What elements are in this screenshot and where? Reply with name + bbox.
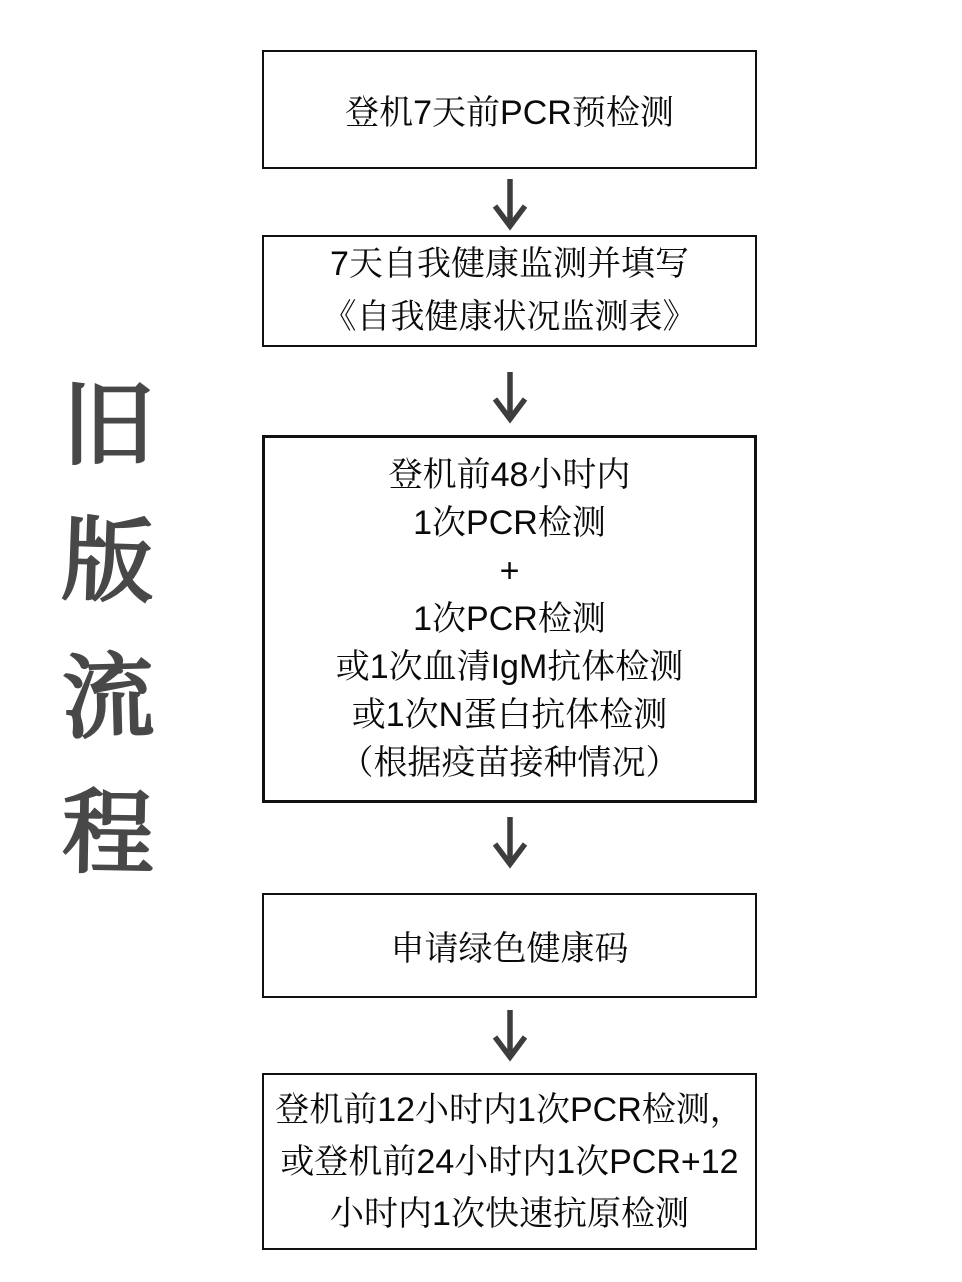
side-title-char: 程 <box>61 787 155 881</box>
down-arrow-icon <box>490 177 530 231</box>
box-line: 登机7天前PCR预检测 <box>345 85 674 134</box>
box-line: （根据疫苗接种情况） <box>340 739 680 787</box>
flow-step-pre-test: 登机7天前PCR预检测 <box>262 50 757 169</box>
box-line: 1次PCR检测 <box>413 499 606 547</box>
down-arrow-icon <box>490 815 530 869</box>
flow-step-self-monitoring: 7天自我健康监测并填写 《自我健康状况监测表》 <box>262 235 757 347</box>
side-title-old-version-process: 旧 版 流 程 <box>50 380 166 880</box>
flow-step-48h-tests: 登机前48小时内 1次PCR检测 + 1次PCR检测 或1次血清IgM抗体检测 … <box>262 435 757 803</box>
box-line: 小时内1次快速抗原检测 <box>330 1188 689 1240</box>
side-title-char: 旧 <box>62 380 154 472</box>
box-line: 登机前12小时内1次PCR检测， <box>275 1084 744 1136</box>
down-arrow-icon <box>490 370 530 424</box>
box-line: 登机前48小时内 <box>389 451 631 499</box>
flowchart-canvas: 旧 版 流 程 登机7天前PCR预检测 7天自我健康监测并填写 《自我健康状况监… <box>0 0 962 1282</box>
box-line: + <box>500 547 520 595</box>
box-line: 1次PCR检测 <box>413 595 606 643</box>
side-title-char: 版 <box>60 514 155 609</box>
box-line: 《自我健康状况监测表》 <box>323 291 697 344</box>
box-line: 或1次N蛋白抗体检测 <box>352 691 667 739</box>
box-line: 或1次血清IgM抗体检测 <box>336 643 684 691</box>
box-line: 或登机前24小时内1次PCR+12 <box>280 1136 738 1188</box>
box-line: 申请绿色健康码 <box>391 921 629 970</box>
flow-step-green-health-code: 申请绿色健康码 <box>262 893 757 998</box>
down-arrow-icon <box>490 1008 530 1062</box>
box-line: 7天自我健康监测并填写 <box>330 238 689 291</box>
flow-step-12h-final-tests: 登机前12小时内1次PCR检测， 或登机前24小时内1次PCR+12 小时内1次… <box>262 1073 757 1250</box>
side-title-char: 流 <box>61 651 155 745</box>
